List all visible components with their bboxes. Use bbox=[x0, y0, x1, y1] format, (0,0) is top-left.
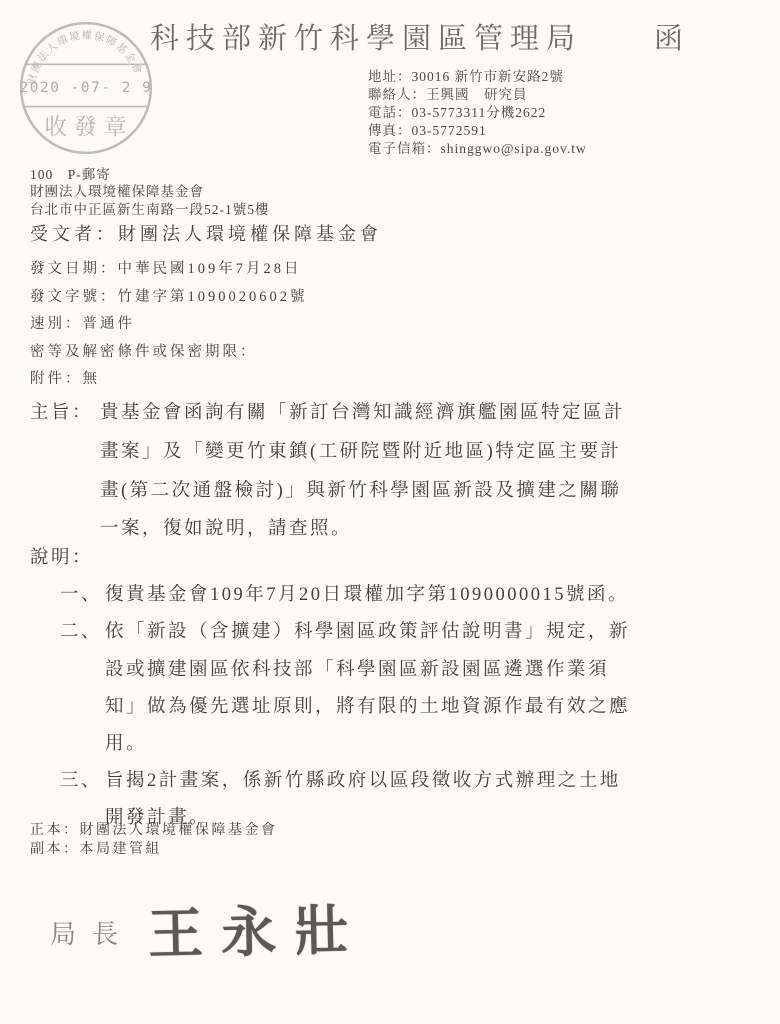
description-item-2: 二、 依「新設（含擴建）科學園區政策評估說明書」規定，新 設或擴建園區依科技部「… bbox=[30, 614, 770, 763]
recipient-address: 台北市中正區新生南路一段52-1號5樓 bbox=[30, 201, 270, 218]
stamp-date: 2020 -07- 2 9 bbox=[20, 80, 153, 96]
meta-attachment: 附件：無 bbox=[30, 366, 308, 394]
item-line: 復貴基金會109年7月20日環權加字第1090000015號函。 bbox=[105, 577, 770, 614]
subject-line: 畫(第二次通盤檢討)」與新竹科學園區新設及擴建之關聯 bbox=[100, 472, 770, 511]
contact-phone: 電話：03-5773311分機2622 bbox=[368, 104, 587, 122]
addressee-line: 受文者：財團法人環境權保障基金會 bbox=[30, 220, 382, 246]
signature-title: 局長 bbox=[50, 904, 134, 951]
meta-doc-number: 發文字號：竹建字第1090020602號 bbox=[30, 284, 308, 312]
stamp-label: 收發章 bbox=[44, 114, 134, 139]
item-number: 一、 bbox=[60, 577, 102, 614]
item-line: 設或擴建園區依科技部「科學園區新設園區遴選作業須 bbox=[105, 652, 770, 689]
copies-original: 正本：財團法人環境權保障基金會 bbox=[30, 822, 278, 841]
scanned-letter-page: 科技部新竹科學園區管理局 函 財團法人環境權保障基金會 2020 -07- 2 … bbox=[0, 0, 780, 1024]
recipient-postal-code: 100 P-郵寄 bbox=[30, 166, 270, 183]
meta-issue-date: 發文日期：中華民國109年7月28日 bbox=[30, 256, 308, 284]
letter-title: 科技部新竹科學園區管理局 函 bbox=[150, 16, 690, 57]
item-number: 三、 bbox=[60, 763, 102, 800]
item-line: 用。 bbox=[105, 726, 770, 763]
subject-text: 貴基金會函詢有關「新訂台灣知識經濟旗艦園區特定區計 畫案」及「變更竹東鎮(工研院… bbox=[100, 394, 770, 549]
item-number: 二、 bbox=[60, 614, 102, 651]
document-meta-block: 發文日期：中華民國109年7月28日 發文字號：竹建字第1090020602號 … bbox=[30, 256, 308, 394]
copies-cc: 副本：本局建管組 bbox=[30, 841, 278, 860]
description-heading: 說明： bbox=[30, 540, 770, 577]
item-line: 依「新設（含擴建）科學園區政策評估說明書」規定，新 bbox=[105, 614, 770, 651]
sender-contact-block: 地址：30016 新竹市新安路2號 聯絡人：王興國 研究員 電話：03-5773… bbox=[368, 68, 587, 158]
description-item-1: 一、 復貴基金會109年7月20日環權加字第1090000015號函。 bbox=[30, 577, 770, 614]
item-line: 知」做為優先選址原則，將有限的土地資源作最有效之應 bbox=[105, 689, 770, 726]
meta-security: 密等及解密條件或保密期限： bbox=[30, 339, 308, 367]
signature-name: 王永壯 bbox=[147, 886, 368, 970]
contact-address: 地址：30016 新竹市新安路2號 bbox=[368, 68, 587, 86]
contact-person: 聯絡人：王興國 研究員 bbox=[368, 86, 587, 104]
recipient-org: 財團法人環境權保障基金會 bbox=[30, 183, 270, 200]
contact-email: 電子信箱：shinggwo@sipa.gov.tw bbox=[368, 140, 587, 158]
subject-line: 貴基金會函詢有關「新訂台灣知識經濟旗艦園區特定區計 bbox=[100, 394, 770, 433]
signature-block: 局長 王永壯 bbox=[50, 888, 367, 967]
item-line: 旨揭2計畫案，係新竹縣政府以區段徵收方式辦理之土地 bbox=[105, 763, 770, 800]
description-section: 說明： 一、 復貴基金會109年7月20日環權加字第1090000015號函。 … bbox=[30, 540, 770, 838]
subject-label: 主旨： bbox=[30, 394, 93, 433]
meta-speed: 速別：普通件 bbox=[30, 311, 308, 339]
contact-fax: 傳真：03-5772591 bbox=[368, 122, 587, 140]
subject-section: 主旨： 貴基金會函詢有關「新訂台灣知識經濟旗艦園區特定區計 畫案」及「變更竹東鎮… bbox=[30, 394, 770, 549]
stamp-arc-text-holder: 財團法人環境權保障基金會 bbox=[21, 23, 146, 86]
received-stamp: 財團法人環境權保障基金會 2020 -07- 2 9 收發章 bbox=[16, 18, 156, 158]
recipient-mailing-block: 100 P-郵寄 財團法人環境權保障基金會 台北市中正區新生南路一段52-1號5… bbox=[30, 166, 270, 218]
copies-block: 正本：財團法人環境權保障基金會 副本：本局建管組 bbox=[30, 822, 278, 860]
subject-line: 畫案」及「變更竹東鎮(工研院暨附近地區)特定區主要計 bbox=[100, 433, 770, 472]
stamp-arc-text: 財團法人環境權保障基金會 bbox=[21, 23, 146, 86]
